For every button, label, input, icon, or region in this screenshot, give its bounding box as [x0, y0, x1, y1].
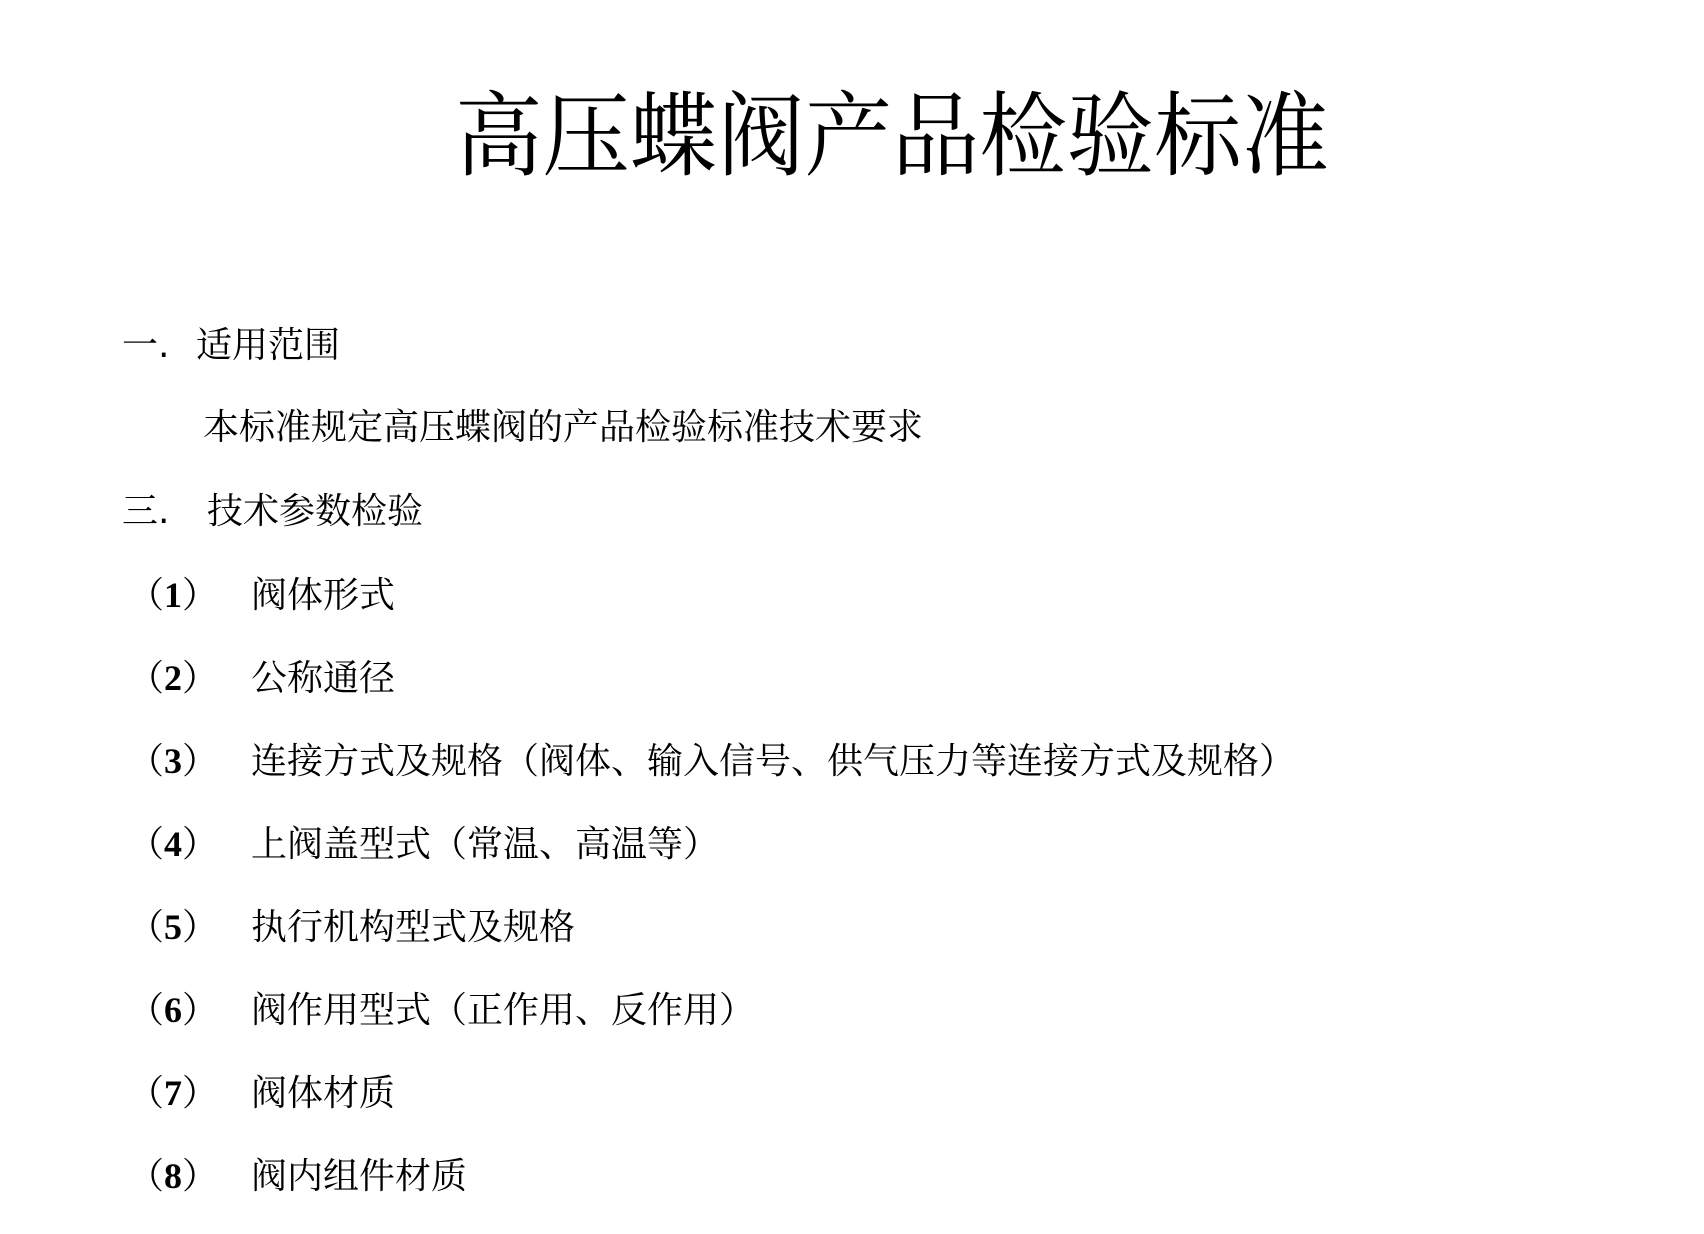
item-text: 阀体材质 [251, 1072, 395, 1116]
item-number: （2） [128, 656, 251, 701]
section-number: 三. [122, 490, 207, 534]
list-item: （7）阀体材质 [128, 1071, 395, 1116]
section-heading-scope: 一.适用范围 [122, 324, 340, 368]
item-number: （3） [128, 739, 251, 784]
list-item: （5）执行机构型式及规格 [128, 905, 575, 950]
list-item: （3）连接方式及规格（阀体、输入信号、供气压力等连接方式及规格） [128, 739, 1295, 784]
item-text: 上阀盖型式（常温、高温等） [251, 823, 719, 867]
list-item: （1）阀体形式 [128, 573, 395, 618]
item-number: （6） [128, 988, 251, 1033]
list-item: （2）公称通径 [128, 656, 395, 701]
item-text: 公称通径 [251, 657, 395, 701]
section-title: 适用范围 [196, 325, 340, 366]
item-number: （4） [128, 822, 251, 867]
item-number: （1） [128, 573, 251, 618]
section-number: 一. [122, 324, 196, 368]
section-heading-tech-params: 三.技术参数检验 [122, 490, 423, 534]
item-text: 执行机构型式及规格 [251, 906, 575, 950]
list-item: （4）上阀盖型式（常温、高温等） [128, 822, 719, 867]
list-item: （8）阀内组件材质 [128, 1154, 467, 1199]
item-number: （5） [128, 905, 251, 950]
item-text: 阀体形式 [251, 574, 395, 618]
section-title: 技术参数检验 [207, 491, 423, 532]
section-body-scope: 本标准规定高压蝶阀的产品检验标准技术要求 [203, 406, 923, 450]
item-text: 阀内组件材质 [251, 1155, 467, 1199]
item-number: （7） [128, 1071, 251, 1116]
list-item: （6）阀作用型式（正作用、反作用） [128, 988, 755, 1033]
item-text: 连接方式及规格（阀体、输入信号、供气压力等连接方式及规格） [251, 740, 1295, 784]
item-number: （8） [128, 1154, 251, 1199]
document-title: 高压蝶阀产品检验标准 [455, 82, 1329, 192]
item-text: 阀作用型式（正作用、反作用） [251, 989, 755, 1033]
